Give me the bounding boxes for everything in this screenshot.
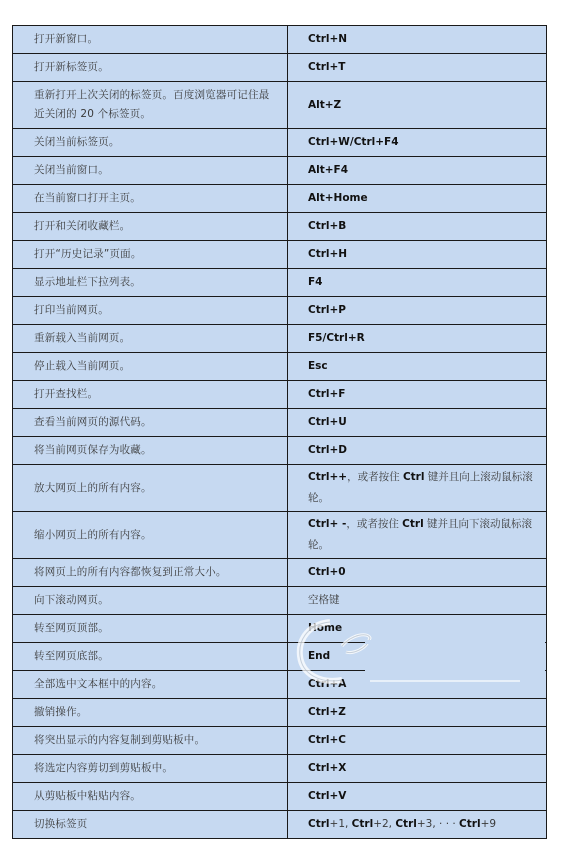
table-row: 切换标签页Ctrl+1, Ctrl+2, Ctrl+3, · · · Ctrl+… [13, 811, 547, 839]
action-cell: 转至网页底部。 [13, 643, 288, 671]
action-cell: 显示地址栏下拉列表。 [13, 269, 288, 297]
action-cell: 从剪贴板中粘贴内容。 [13, 783, 288, 811]
shortcut-keys: Ctrl+0 [288, 563, 546, 582]
shortcut-keys: Ctrl+1, Ctrl+2, Ctrl+3, · · · Ctrl+9 [288, 815, 546, 834]
shortcut-cell: Ctrl+V [288, 783, 547, 811]
action-description: 将网页上的所有内容都恢复到正常大小。 [13, 563, 287, 582]
key-note: ，或者按住 [346, 518, 402, 530]
key-combo: Esc [308, 360, 328, 372]
shortcut-keys: Ctrl+T [288, 58, 546, 77]
action-description: 将当前网页保存为收藏。 [13, 441, 287, 460]
key-combo: Ctrl+U [308, 416, 347, 428]
action-description: 撤销操作。 [13, 703, 287, 722]
key-combo: Ctrl+F [308, 388, 345, 400]
action-cell: 将选定内容剪切到剪贴板中。 [13, 755, 288, 783]
table-row: 将选定内容剪切到剪贴板中。Ctrl+X [13, 755, 547, 783]
shortcut-cell: Ctrl+D [288, 437, 547, 465]
table-row: 在当前窗口打开主页。Alt+Home [13, 185, 547, 213]
action-cell: 停止载入当前网页。 [13, 353, 288, 381]
shortcut-cell: Ctrl+B [288, 213, 547, 241]
action-description: 将选定内容剪切到剪贴板中。 [13, 759, 287, 778]
key-combo: Ctrl+T [308, 61, 345, 73]
shortcut-cell: Alt+F4 [288, 157, 547, 185]
key-combo: Ctrl+C [308, 734, 346, 746]
table-row: 打开“历史记录”页面。Ctrl+H [13, 241, 547, 269]
action-description: 重新打开上次关闭的标签页。百度浏览器可记住最近关闭的 20 个标签页。 [13, 86, 287, 124]
table-row: 停止载入当前网页。Esc [13, 353, 547, 381]
key-combo: Ctrl [395, 818, 417, 830]
shortcut-keys: Ctrl+C [288, 731, 546, 750]
action-description: 将突出显示的内容复制到剪贴板中。 [13, 731, 287, 750]
action-cell: 缩小网页上的所有内容。 [13, 512, 288, 559]
key-combo: Alt+Z [308, 99, 341, 111]
table-row: 查看当前网页的源代码。Ctrl+U [13, 409, 547, 437]
table-row: 打印当前网页。Ctrl+P [13, 297, 547, 325]
table-row: 全部选中文本框中的内容。Ctrl+A [13, 671, 547, 699]
key-combo: Ctrl [308, 818, 330, 830]
shortcut-keys: Ctrl+B [288, 217, 546, 236]
shortcut-keys: Ctrl+A [288, 675, 546, 694]
action-description: 显示地址栏下拉列表。 [13, 273, 287, 292]
action-cell: 放大网页上的所有内容。 [13, 465, 288, 512]
action-description: 关闭当前窗口。 [13, 161, 287, 180]
table-row: 转至网页底部。End [13, 643, 547, 671]
shortcut-keys: Ctrl+Z [288, 703, 546, 722]
key-combo: Ctrl+Z [308, 706, 346, 718]
action-description: 切换标签页 [13, 815, 287, 834]
key-combo: Ctrl [459, 818, 481, 830]
shortcut-cell: Ctrl+W/Ctrl+F4 [288, 129, 547, 157]
shortcut-keys: Esc [288, 357, 546, 376]
action-cell: 全部选中文本框中的内容。 [13, 671, 288, 699]
action-description: 停止载入当前网页。 [13, 357, 287, 376]
table-row: 重新打开上次关闭的标签页。百度浏览器可记住最近关闭的 20 个标签页。Alt+Z [13, 82, 547, 129]
key-note: +9 [481, 818, 496, 830]
shortcut-keys: Ctrl+N [288, 30, 546, 49]
action-cell: 打开新标签页。 [13, 54, 288, 82]
action-description: 打开和关闭收藏栏。 [13, 217, 287, 236]
action-cell: 查看当前网页的源代码。 [13, 409, 288, 437]
table-row: 向下滚动网页。空格键 [13, 587, 547, 615]
table-row: 将网页上的所有内容都恢复到正常大小。Ctrl+0 [13, 559, 547, 587]
shortcut-keys: Home [288, 619, 546, 638]
shortcut-keys: F5/Ctrl+R [288, 329, 546, 348]
action-cell: 打开查找栏。 [13, 381, 288, 409]
table-row: 打开查找栏。Ctrl+F [13, 381, 547, 409]
shortcut-keys: Ctrl+W/Ctrl+F4 [288, 133, 546, 152]
shortcut-cell: Ctrl+ -，或者按住 Ctrl 键并且向下滚动鼠标滚轮。 [288, 512, 547, 559]
key-note: 空格键 [308, 594, 340, 606]
shortcut-cell: Ctrl+P [288, 297, 547, 325]
key-combo: End [308, 650, 330, 662]
key-note: +3, · · · [417, 818, 459, 830]
shortcut-keys: Ctrl++，或者按住 Ctrl 键并且向上滚动鼠标滚轮。 [288, 467, 546, 509]
shortcut-cell: F5/Ctrl+R [288, 325, 547, 353]
key-combo: Ctrl+ - [308, 518, 346, 530]
shortcut-cell: Ctrl+X [288, 755, 547, 783]
table-row: 将突出显示的内容复制到剪贴板中。Ctrl+C [13, 727, 547, 755]
table-body: 打开新窗口。Ctrl+N打开新标签页。Ctrl+T重新打开上次关闭的标签页。百度… [13, 26, 547, 839]
shortcut-keys: Ctrl+U [288, 413, 546, 432]
shortcut-keys: F4 [288, 273, 546, 292]
key-combo: Ctrl [403, 471, 425, 483]
shortcut-cell: Alt+Home [288, 185, 547, 213]
action-description: 打开新标签页。 [13, 58, 287, 77]
shortcut-cell: End [288, 643, 547, 671]
shortcut-cell: F4 [288, 269, 547, 297]
table-row: 转至网页顶部。Home [13, 615, 547, 643]
action-description: 重新载入当前网页。 [13, 329, 287, 348]
action-description: 关闭当前标签页。 [13, 133, 287, 152]
shortcut-keys: Alt+F4 [288, 161, 546, 180]
action-description: 打开新窗口。 [13, 30, 287, 49]
shortcut-cell: Ctrl+U [288, 409, 547, 437]
key-combo: Home [308, 622, 342, 634]
table-row: 放大网页上的所有内容。Ctrl++，或者按住 Ctrl 键并且向上滚动鼠标滚轮。 [13, 465, 547, 512]
key-combo: Ctrl+D [308, 444, 347, 456]
action-description: 全部选中文本框中的内容。 [13, 675, 287, 694]
action-cell: 重新打开上次关闭的标签页。百度浏览器可记住最近关闭的 20 个标签页。 [13, 82, 288, 129]
key-note: +2, [373, 818, 395, 830]
key-combo: Ctrl+N [308, 33, 347, 45]
table-row: 打开新窗口。Ctrl+N [13, 26, 547, 54]
table-row: 将当前网页保存为收藏。Ctrl+D [13, 437, 547, 465]
action-cell: 打开和关闭收藏栏。 [13, 213, 288, 241]
action-cell: 向下滚动网页。 [13, 587, 288, 615]
key-combo: Ctrl+A [308, 678, 346, 690]
action-cell: 将突出显示的内容复制到剪贴板中。 [13, 727, 288, 755]
key-combo: Ctrl++ [308, 471, 347, 483]
shortcut-keys: Ctrl+V [288, 787, 546, 806]
key-note: ，或者按住 [347, 471, 403, 483]
key-combo: Ctrl+W/Ctrl+F4 [308, 136, 399, 148]
shortcut-cell: Home [288, 615, 547, 643]
shortcut-cell: Ctrl+A [288, 671, 547, 699]
shortcut-keys: Ctrl+X [288, 759, 546, 778]
shortcut-cell: Esc [288, 353, 547, 381]
key-combo: Alt+F4 [308, 164, 348, 176]
action-description: 放大网页上的所有内容。 [13, 479, 287, 498]
shortcut-keys: Alt+Home [288, 189, 546, 208]
shortcut-keys: Ctrl+F [288, 385, 546, 404]
shortcut-cell: Ctrl+C [288, 727, 547, 755]
key-combo: Ctrl+0 [308, 566, 346, 578]
key-combo: F4 [308, 276, 322, 288]
table-row: 关闭当前标签页。Ctrl+W/Ctrl+F4 [13, 129, 547, 157]
shortcut-cell: 空格键 [288, 587, 547, 615]
action-cell: 在当前窗口打开主页。 [13, 185, 288, 213]
shortcut-table: 打开新窗口。Ctrl+N打开新标签页。Ctrl+T重新打开上次关闭的标签页。百度… [12, 25, 547, 839]
shortcut-cell: Ctrl+N [288, 26, 547, 54]
shortcut-keys: Ctrl+ -，或者按住 Ctrl 键并且向下滚动鼠标滚轮。 [288, 514, 546, 556]
key-combo: F5/Ctrl+R [308, 332, 365, 344]
key-combo: Ctrl+V [308, 790, 346, 802]
shortcut-cell: Ctrl+H [288, 241, 547, 269]
table-row: 打开和关闭收藏栏。Ctrl+B [13, 213, 547, 241]
action-description: 打开查找栏。 [13, 385, 287, 404]
action-description: 打开“历史记录”页面。 [13, 245, 287, 264]
action-description: 转至网页底部。 [13, 647, 287, 666]
shortcut-keys: Ctrl+H [288, 245, 546, 264]
shortcut-cell: Ctrl++，或者按住 Ctrl 键并且向上滚动鼠标滚轮。 [288, 465, 547, 512]
shortcut-keys: Alt+Z [288, 95, 546, 116]
action-cell: 转至网页顶部。 [13, 615, 288, 643]
action-cell: 关闭当前标签页。 [13, 129, 288, 157]
shortcut-keys: 空格键 [288, 591, 546, 610]
table-row: 打开新标签页。Ctrl+T [13, 54, 547, 82]
action-cell: 撤销操作。 [13, 699, 288, 727]
action-cell: 将当前网页保存为收藏。 [13, 437, 288, 465]
action-cell: 打开“历史记录”页面。 [13, 241, 288, 269]
shortcut-cell: Ctrl+0 [288, 559, 547, 587]
table-row: 撤销操作。Ctrl+Z [13, 699, 547, 727]
key-combo: Alt+Home [308, 192, 368, 204]
shortcut-cell: Ctrl+F [288, 381, 547, 409]
shortcut-keys: Ctrl+P [288, 301, 546, 320]
action-cell: 打印当前网页。 [13, 297, 288, 325]
key-combo: Ctrl+X [308, 762, 346, 774]
action-description: 打印当前网页。 [13, 301, 287, 320]
action-cell: 打开新窗口。 [13, 26, 288, 54]
shortcut-keys: End [288, 647, 546, 666]
shortcut-cell: Ctrl+1, Ctrl+2, Ctrl+3, · · · Ctrl+9 [288, 811, 547, 839]
action-description: 查看当前网页的源代码。 [13, 413, 287, 432]
key-combo: Ctrl [352, 818, 374, 830]
key-combo: Ctrl+P [308, 304, 346, 316]
key-combo: Ctrl+H [308, 248, 347, 260]
shortcut-keys: Ctrl+D [288, 441, 546, 460]
shortcut-cell: Ctrl+Z [288, 699, 547, 727]
table-row: 重新载入当前网页。F5/Ctrl+R [13, 325, 547, 353]
action-description: 向下滚动网页。 [13, 591, 287, 610]
action-description: 转至网页顶部。 [13, 619, 287, 638]
action-description: 缩小网页上的所有内容。 [13, 526, 287, 545]
key-combo: Ctrl [402, 518, 424, 530]
shortcut-cell: Ctrl+T [288, 54, 547, 82]
key-note: +1, [330, 818, 352, 830]
action-description: 在当前窗口打开主页。 [13, 189, 287, 208]
table-row: 缩小网页上的所有内容。Ctrl+ -，或者按住 Ctrl 键并且向下滚动鼠标滚轮… [13, 512, 547, 559]
table-row: 显示地址栏下拉列表。F4 [13, 269, 547, 297]
shortcut-cell: Alt+Z [288, 82, 547, 129]
action-cell: 切换标签页 [13, 811, 288, 839]
action-cell: 将网页上的所有内容都恢复到正常大小。 [13, 559, 288, 587]
key-combo: Ctrl+B [308, 220, 346, 232]
table-row: 关闭当前窗口。Alt+F4 [13, 157, 547, 185]
action-cell: 重新载入当前网页。 [13, 325, 288, 353]
table-row: 从剪贴板中粘贴内容。Ctrl+V [13, 783, 547, 811]
action-description: 从剪贴板中粘贴内容。 [13, 787, 287, 806]
action-cell: 关闭当前窗口。 [13, 157, 288, 185]
